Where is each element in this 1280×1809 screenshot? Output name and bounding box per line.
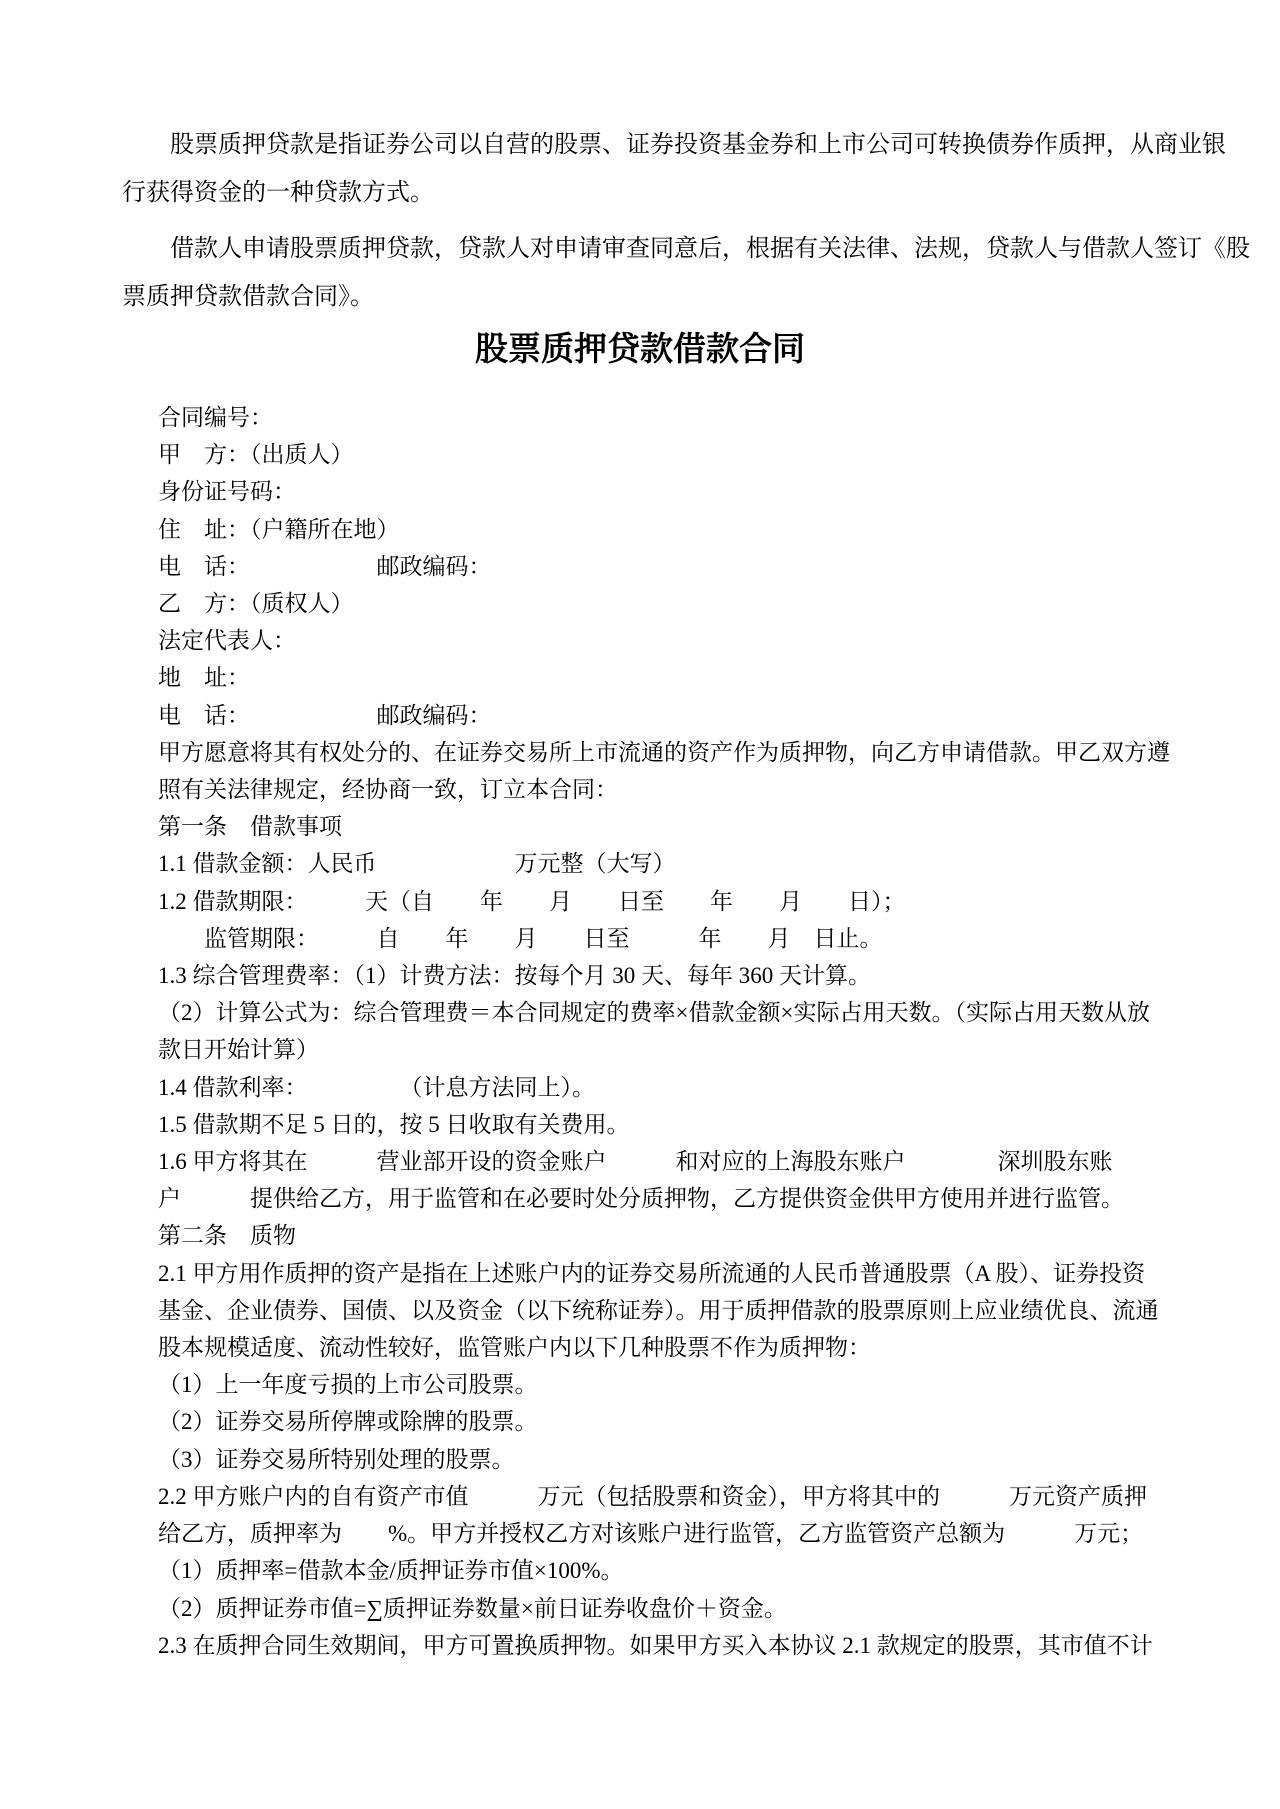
contract-line-1-3: 1.3 综合管理费率：（1）计费方法：按每个月 30 天、每年 360 天计算。: [158, 957, 1198, 994]
contract-line-id-number: 身份证号码：: [158, 473, 1198, 510]
contract-line-2-1: 股本规模适度、流动性较好，监管账户内以下几种股票不作为质押物：: [158, 1329, 1198, 1366]
contract-line-1-4: 1.4 借款利率： （计息方法同上）。: [158, 1069, 1198, 1106]
contract-line-1-2: 1.2 借款期限： 天（自 年 月 日至 年 月 日）；: [158, 883, 1198, 920]
intro-line: 行获得资金的一种贷款方式。: [122, 169, 1227, 217]
contract-line-article-1-heading: 第一条 借款事项: [158, 808, 1198, 845]
contract-body: 合同编号： 甲 方：（出质人） 身份证号码： 住 址：（户籍所在地） 电 话： …: [158, 399, 1198, 1664]
contract-line-1-5: 1.5 借款期不足 5 日的，按 5 日收取有关费用。: [158, 1106, 1198, 1143]
contract-line-address-a: 住 址：（户籍所在地）: [158, 511, 1198, 548]
document-title: 股票质押贷款借款合同: [0, 327, 1280, 373]
intro-line: 票质押贷款借款合同》。: [122, 273, 1227, 321]
contract-line-phone-a: 电 话： 邮政编码：: [158, 548, 1198, 585]
contract-line-party-a: 甲 方：（出质人）: [158, 436, 1198, 473]
intro-line: 借款人申请股票质押贷款，贷款人对申请审查同意后，根据有关法律、法规，贷款人与借款…: [122, 225, 1227, 273]
contract-line-2-3: 2.3 在质押合同生效期间，甲方可置换质押物。如果甲方买入本协议 2.1 款规定…: [158, 1627, 1198, 1664]
contract-line-address-b: 地 址：: [158, 659, 1198, 696]
contract-line-2-1-item-2: （2）证券交易所停牌或除牌的股票。: [158, 1403, 1198, 1440]
contract-line-2-1-item-1: （1）上一年度亏损的上市公司股票。: [158, 1366, 1198, 1403]
contract-line-legal-rep: 法定代表人：: [158, 622, 1198, 659]
intro-line: 股票质押贷款是指证券公司以自营的股票、证券投资基金券和上市公司可转换债券作质押，…: [122, 121, 1227, 169]
contract-line-2-2: 2.2 甲方账户内的自有资产市值 万元（包括股票和资金），甲方将其中的 万元资产…: [158, 1478, 1198, 1515]
contract-line-article-2-heading: 第二条 质物: [158, 1217, 1198, 1254]
contract-line-1-6: 1.6 甲方将其在 营业部开设的资金账户 和对应的上海股东账户 深圳股东账: [158, 1143, 1198, 1180]
contract-line-2-2-formula-1: （1）质押率=借款本金/质押证券市值×100%。: [158, 1552, 1198, 1589]
contract-line-1-6: 户 提供给乙方，用于监管和在必要时处分质押物，乙方提供资金供甲方使用并进行监管。: [158, 1180, 1198, 1217]
contract-line-2-2: 给乙方，质押率为 %。甲方并授权乙方对该账户进行监管，乙方监管资产总额为 万元；: [158, 1515, 1198, 1552]
contract-line-1-3: 款日开始计算）: [158, 1031, 1198, 1068]
contract-line-1-3: （2）计算公式为：综合管理费＝本合同规定的费率×借款金额×实际占用天数。（实际占…: [158, 994, 1198, 1031]
contract-line-party-b: 乙 方：（质权人）: [158, 585, 1198, 622]
intro-section: 股票质押贷款是指证券公司以自营的股票、证券投资基金券和上市公司可转换债券作质押，…: [122, 121, 1227, 321]
document-page: 股票质押贷款是指证券公司以自营的股票、证券投资基金券和上市公司可转换债券作质押，…: [0, 0, 1280, 1809]
contract-line-contract-number: 合同编号：: [158, 399, 1198, 436]
contract-line-2-2-formula-2: （2）质押证券市值=∑质押证券数量×前日证券收盘价＋资金。: [158, 1590, 1198, 1627]
contract-line-2-1: 基金、企业债券、国债、以及资金（以下统称证券）。用于质押借款的股票原则上应业绩优…: [158, 1292, 1198, 1329]
contract-line-1-1: 1.1 借款金额：人民币 万元整（大写）: [158, 845, 1198, 882]
contract-line-2-1-item-3: （3）证券交易所特别处理的股票。: [158, 1441, 1198, 1478]
contract-line-1-2: 监管期限： 自 年 月 日至 年 月 日止。: [158, 920, 1198, 957]
contract-line-phone-b: 电 话： 邮政编码：: [158, 697, 1198, 734]
contract-line-2-1: 2.1 甲方用作质押的资产是指在上述账户内的证券交易所流通的人民币普通股票（A …: [158, 1255, 1198, 1292]
contract-line-preamble: 照有关法律规定，经协商一致，订立本合同：: [158, 771, 1198, 808]
contract-line-preamble: 甲方愿意将其有权处分的、在证券交易所上市流通的资产作为质押物，向乙方申请借款。甲…: [158, 734, 1198, 771]
